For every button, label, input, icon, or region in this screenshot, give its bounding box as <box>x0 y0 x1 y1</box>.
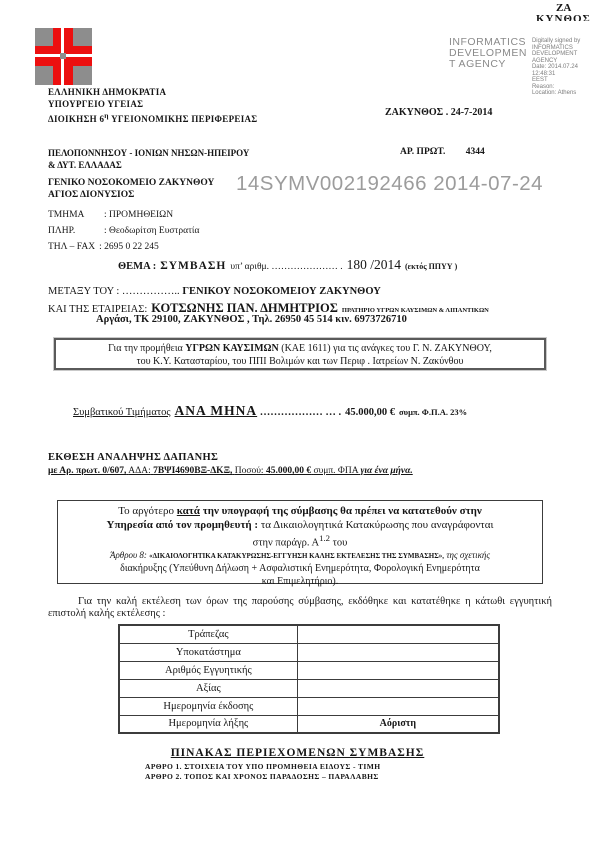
expense-vat-note: συμπ. ΦΠΑ <box>313 466 358 476</box>
contents-title: ΠΙΝΑΚΑΣ ΠΕΡΙΕΧΟΜΕΝΩΝ ΣΥΜΒΑΣΗΣ <box>0 747 595 759</box>
terms-article-title: «ΔΙΚΑΙΟΛΟΓΗΤΙΚΑ ΚΑΤΑΚΥΡΩΣΗΣ-ΕΓΓΥΗΣΗ ΚΑΛΗ… <box>149 552 444 560</box>
company-description: ΠΡΑΤΗΡΙΟ ΥΓΡΩΝ ΚΑΥΣΙΜΩΝ & ΛΙΠΑΝΤΙΚΩΝ <box>342 307 489 314</box>
expense-ada-label: ΑΔΑ: <box>128 466 150 476</box>
ada-watermark: 14SYMV002192466 2014-07-24 <box>236 172 543 196</box>
administration-rest: ΥΓΕΙΟΝΟΜΙΚΗΣ ΠΕΡΙΦΕΡΕΙΑΣ <box>109 114 258 124</box>
subject-line: ΘΕΜΑ : ΣΥΜΒΑΣΗ υπ’ αριθμ. ………………… . 180 … <box>118 256 457 274</box>
guarantee-row-label: Τράπεζας <box>119 625 297 643</box>
hospital-name-block: ΓΕΝΙΚΟ ΝΟΣΟΚΟΜΕΙΟ ΖΑΚΥΝΘΟΥ ΑΓΙΟΣ ΔΙΟΝΥΣΙ… <box>48 177 214 201</box>
letterhead-ministry: ΥΠΟΥΡΓΕΙΟ ΥΓΕΙΑΣ <box>48 98 258 110</box>
guarantee-row-value <box>297 679 499 697</box>
company-address: Αργάσι, ΤΚ 29100, ΖΑΚΥΝΘΟΣ , Τηλ. 26950 … <box>96 314 407 325</box>
signature-detail-line: Date: 2014.07.24 12:48:31 <box>532 64 595 77</box>
terms-line6: και Επιμελητήριο). <box>58 575 542 588</box>
digital-signature-stamp: INFORMATICS DEVELOPMEN T AGENCY Digitall… <box>449 37 595 97</box>
terms-line3-text: στην παράγρ. Α <box>253 537 319 548</box>
company-name: ΚΟΤΣΩΝΗΣ ΠΑΝ. ΔΗΜΗΤΡΙΟΣ <box>151 301 338 315</box>
logo-center-square <box>60 53 66 59</box>
guarantee-row-value: Αόριστη <box>297 715 499 733</box>
expense-duration: για ένα μήνα. <box>360 466 412 476</box>
guarantee-row-value <box>297 643 499 661</box>
department-label: ΤΜΗΜΑ <box>48 210 100 220</box>
protocol-label: ΑΡ. ΠΡΩΤ. <box>400 147 445 157</box>
protocol-number-block: ΑΡ. ΠΡΩΤ. 4344 <box>400 147 485 157</box>
letterhead-administration: ΔΙΟΙΚΗΣΗ 6η ΥΓΕΙΟΝΟΜΙΚΗΣ ΠΕΡΙΦΕΡΕΙΑΣ <box>48 110 258 125</box>
table-row: Αξίας <box>119 679 499 697</box>
hospital-cross-logo-icon <box>35 28 92 85</box>
contents-article-2: ΑΡΘΡΟ 2. ΤΟΠΟΣ ΚΑΙ ΧΡΟΝΟΣ ΠΑΡΑΔΟΣΗΣ – ΠΑ… <box>145 772 379 781</box>
supply-line2: του Κ.Υ. Κατασταρίου, του ΠΠΙ Βολιμών κα… <box>56 355 544 368</box>
region-line1: ΠΕΛΟΠΟΝΝΗΣΟΥ - ΙΟΝΙΩΝ ΝΗΣΩΝ-ΗΠΕΙΡΟΥ <box>48 147 249 159</box>
terms-line2: Υπηρεσία από τον προμηθευτή : τα Δικαιολ… <box>58 519 542 532</box>
agency-line3: T AGENCY <box>449 59 527 70</box>
price-dots: ……………… … . <box>257 407 341 418</box>
phone-row: ΤΗΛ – FAX : 2695 0 22 245 <box>48 236 159 254</box>
hospital-party-name: ΓΕΝΙΚΟΥ ΝΟΣΟΚΟΜΕΙΟΥ ΖΑΚΥΝΘΟΥ <box>182 286 381 297</box>
supply-description-box: Για την προμήθεια ΥΓΡΩΝ ΚΑΥΣΙΜΩΝ (ΚΑΕ 16… <box>54 338 546 370</box>
expense-report-title: ΕΚΘΕΣΗ ΑΝΑΛΗΨΗΣ ΔΑΠΑΝΗΣ <box>48 452 218 463</box>
guarantee-row-value <box>297 697 499 715</box>
phone-label: ΤΗΛ – FAX <box>48 242 95 252</box>
supply-line1-prefix: Για την προμήθεια <box>108 343 185 354</box>
price-amount: 45.000,00 € <box>345 407 395 418</box>
protocol-number: 4344 <box>466 147 485 157</box>
terms-line2-bold: Υπηρεσία από τον προμηθευτή : <box>107 519 259 531</box>
department-value: : ΠΡΟΜΗΘΕΙΩΝ <box>104 210 173 220</box>
supply-line1-rest: (ΚΑΕ 1611) για τις ανάγκες του Γ. Ν. ΖΑΚ… <box>279 343 492 354</box>
guarantee-row-label: Αξίας <box>119 679 297 697</box>
terms-line1: Το αργότερο κατά την υπογραφή της σύμβασ… <box>58 505 542 519</box>
guarantee-row-label: Υποκατάστημα <box>119 643 297 661</box>
between-line: ΜΕΤΑΞΥ ΤΟΥ : …………….. ΓΕΝΙΚΟΥ ΝΟΣΟΚΟΜΕΙΟΥ… <box>48 286 381 297</box>
subject-number-prefix: υπ’ αριθμ. ………………… . <box>230 262 342 272</box>
table-row: Υποκατάστημα <box>119 643 499 661</box>
administration-text: ΔΙΟΙΚΗΣΗ 6 <box>48 114 104 124</box>
region-line2: & ΔΥΤ. ΕΛΛΑΔΑΣ <box>48 159 249 171</box>
guarantee-row-label: Αριθμός Εγγυητικής <box>119 661 297 679</box>
guarantee-row-value <box>297 661 499 679</box>
signature-detail-line: DEVELOPMENT AGENCY <box>532 51 595 64</box>
terms-line5: διακήρυξης (Υπεύθυνη Δήλωση + Ασφαλιστικ… <box>58 562 542 575</box>
terms-line3-end: του <box>330 537 347 548</box>
supply-line1: Για την προμήθεια ΥΓΡΩΝ ΚΑΥΣΙΜΩΝ (ΚΑΕ 16… <box>56 342 544 355</box>
submission-terms-box: Το αργότερο κατά την υπογραφή της σύμβασ… <box>57 500 543 584</box>
contract-number: 180 /2014 <box>347 257 401 272</box>
terms-line4: Άρθρου 8: «ΔΙΚΑΙΟΛΟΓΗΤΙΚΑ ΚΑΤΑΚΥΡΩΣΗΣ-ΕΓ… <box>58 549 542 562</box>
supply-fuel-term: ΥΓΡΩΝ ΚΑΥΣΙΜΩΝ <box>185 343 278 354</box>
price-period: ΑΝΑ ΜΗΝΑ <box>175 403 258 418</box>
contract-document-page: ΖΑ ΚΥΝΘΟΣ INFORMATICS DEVELOPMEN T AGENC… <box>0 0 595 842</box>
letterhead: ΕΛΛΗΝΙΚΗ ΔΗΜΟΚΡΑΤΙΑ ΥΠΟΥΡΓΕΙΟ ΥΓΕΙΑΣ ΔΙΟ… <box>48 86 258 125</box>
terms-article-ref: Άρθρου 8: <box>110 550 149 560</box>
contact-label: ΠΛΗΡ. <box>48 226 100 236</box>
table-row: Ημερομηνία λήξης Αόριστη <box>119 715 499 733</box>
subject-label: ΘΕΜΑ : <box>118 261 156 272</box>
terms-line1-bold: την υπογραφή της σύμβασης θα πρέπει να κ… <box>200 505 482 517</box>
region-block: ΠΕΛΟΠΟΝΝΗΣΟΥ - ΙΟΝΙΩΝ ΝΗΣΩΝ-ΗΠΕΙΡΟΥ & ΔΥ… <box>48 147 249 171</box>
guarantee-row-label: Ημερομηνία λήξης <box>119 715 297 733</box>
letterhead-republic: ΕΛΛΗΝΙΚΗ ΔΗΜΟΚΡΑΤΙΑ <box>48 86 258 98</box>
terms-line1-prefix: Το αργότερο <box>118 505 177 517</box>
hospital-subname: ΑΓΙΟΣ ΔΙΟΝΥΣΙΟΣ <box>48 189 214 201</box>
signature-agency-name: INFORMATICS DEVELOPMEN T AGENCY <box>449 37 527 97</box>
table-row: Αριθμός Εγγυητικής <box>119 661 499 679</box>
phone-value: : 2695 0 22 245 <box>99 242 159 252</box>
signature-details: Digitally signed by INFORMATICS DEVELOPM… <box>532 37 595 97</box>
subject-suffix: (εκτός ΠΠΥΥ ) <box>405 262 457 271</box>
corner-mark-clipped: ΚΥΝΘΟΣ <box>536 13 591 21</box>
subject-title: ΣΥΜΒΑΣΗ <box>160 260 226 272</box>
contents-article-1: ΑΡΘΡΟ 1. ΣΤΟΙΧΕΙΑ ΤΟΥ ΥΠΟ ΠΡΟΜΗΘΕΙΑ ΕΙΔΟ… <box>145 762 380 771</box>
table-row: Τράπεζας <box>119 625 499 643</box>
terms-line1-underlined: κατά <box>177 505 200 517</box>
terms-line3: στην παράγρ. Α1.2 του <box>58 532 542 550</box>
terms-paragraph-superscript: 1.2 <box>319 533 330 543</box>
price-label: Συμβατικού Τιμήματος <box>73 407 171 418</box>
hospital-name: ΓΕΝΙΚΟ ΝΟΣΟΚΟΜΕΙΟ ΖΑΚΥΝΘΟΥ <box>48 177 214 189</box>
guarantee-intro-paragraph: Για την καλή εκτέλεση των όρων της παρού… <box>48 596 552 619</box>
expense-ada-code: 7ΒΨΙ4690ΒΞ-ΔΚΞ, <box>153 466 232 476</box>
guarantee-row-label: Ημερομηνία έκδοσης <box>119 697 297 715</box>
expense-report-detail: με Αρ. πρωτ. 0/607, ΑΔΑ: 7ΒΨΙ4690ΒΞ-ΔΚΞ,… <box>48 466 413 476</box>
guarantee-letter-table: Τράπεζας Υποκατάστημα Αριθμός Εγγυητικής… <box>118 624 500 734</box>
signature-detail-line: Location: Athens <box>532 90 595 97</box>
guarantee-row-value <box>297 625 499 643</box>
expense-protocol: με Αρ. πρωτ. 0/607, <box>48 466 126 476</box>
place-and-date: ΖΑΚΥΝΘΟΣ . 24-7-2014 <box>385 107 492 118</box>
between-label: ΜΕΤΑΞΥ ΤΟΥ : …………….. <box>48 286 180 297</box>
terms-line2-rest: τα Δικαιολογητικά Κατακύρωσης που αναγρά… <box>258 519 493 531</box>
expense-amount-label: Ποσού: <box>235 466 264 476</box>
terms-line4-end: της σχετικής <box>444 550 490 560</box>
table-row: Ημερομηνία έκδοσης <box>119 697 499 715</box>
contact-value: : Θεοδωρίτση Ευστρατία <box>104 226 199 236</box>
price-vat-note: συμπ. Φ.Π.Α. 23% <box>399 407 467 417</box>
contract-price-line: Συμβατικού Τιμήματος ΑΝΑ ΜΗΝΑ ……………… … .… <box>73 402 467 420</box>
expense-amount: 45.000,00 € <box>266 466 311 476</box>
